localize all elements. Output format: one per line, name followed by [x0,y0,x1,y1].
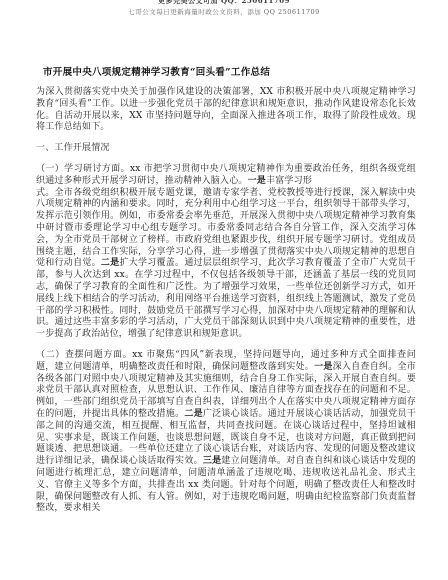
document-page: 更多完美公文可加 QQ：250611709 七哥公文每日更新海量时政公文资料，添… [0,0,448,580]
watermark-header: 更多完美公文可加 QQ：250611709 七哥公文每日更新海量时政公文资料，添… [0,0,448,17]
text-run: 式。全市各级党组织积极开展专题党课，邀请专家学者、党校教授等进行授课，深入解读中… [36,188,416,269]
text-run: 丰富学习形 [266,176,312,186]
document-title: 市开展中央八项规定精神学习教育“回头看”工作总结 [43,64,416,78]
emphasis-run: 一是 [248,176,266,186]
watermark-line2: 七哥公文每日更新海量时政公文资料，添加 QQ 250611709 [0,8,448,17]
paragraph: 式。全市各级党组织积极开展专题党课，邀请专家学者、党校教授等进行授课，深入解读中… [36,188,416,341]
paragraph: 为深入贯彻落实党中央关于加强作风建设的决策部署，XX 市积极开展中央八项规定精神… [36,87,416,134]
emphasis-run: 二是 [184,409,203,419]
emphasis-run: 三是 [203,456,222,466]
document-body: 为深入贯彻落实党中央关于加强作风建设的决策部署，XX 市积极开展中央八项规定精神… [36,87,416,515]
paragraph: （二）查摆问题方面。xx 市聚焦“四风”新表现，坚持问题导向，通过多种方式全面排… [36,350,416,515]
text-run: （一）学习研讨方面。xx 市把学习贯彻中央八项规定精神作为重要政治任务，组织各级… [36,164,416,186]
text-run: 为深入贯彻落实党中央关于加强作风建设的决策部署，XX 市积极开展中央八项规定精神… [36,87,416,132]
paragraph: 一、工作开展情况 [36,143,416,155]
watermark-line1: 更多完美公文可加 QQ：250611709 [0,0,448,6]
document-content: 市开展中央八项规定精神学习教育“回头看”工作总结 为深入贯彻落实党中央关于加强作… [36,64,416,524]
paragraph: （一）学习研讨方面。xx 市把学习贯彻中央八项规定精神作为重要政治任务，组织各级… [36,164,416,188]
text-run: 扩大学习覆盖。通过层层组织学习，此次学习教育覆盖了全市广大党员干部，参与人次达到… [36,258,416,339]
emphasis-run: 二是 [101,258,120,268]
text-run: 一、工作开展情况 [36,143,110,153]
emphasis-run: 一是 [314,362,333,372]
